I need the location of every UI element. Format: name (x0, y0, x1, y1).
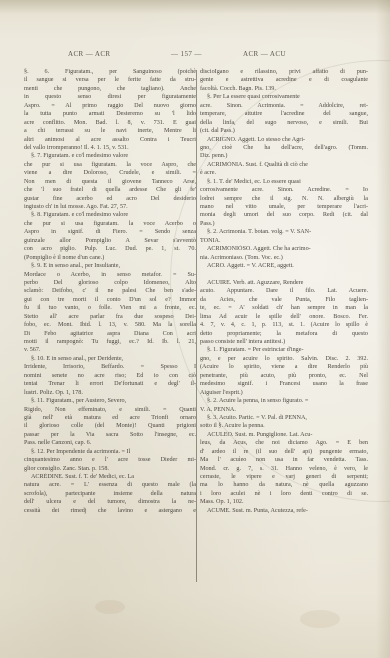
text-line: sclamò: Deifobo, c' il ne palesi Che ben… (24, 287, 196, 295)
text-line: della linfa, del sugo nervoso, e simili.… (200, 119, 368, 127)
text-line: discioIgano e rilassino, privi affatto d… (200, 68, 368, 76)
text-line: glior consiglio. Zanc. Stan. p. 158. (24, 465, 196, 473)
text-line: fu il tuo vanto, o folle. Vien mi a fron… (24, 304, 196, 312)
text-line: detto propriamente; la metafora di quest… (200, 330, 368, 338)
text-line: Stetto all' acre parlar fra due sospeso … (24, 313, 196, 321)
text-line: Non men di questa il giovene Tanneco Ars… (24, 178, 196, 186)
text-line: il sangue si versa per le ferite fatte d… (24, 76, 196, 84)
text-line: in questo senso diresi per figuratamente (24, 93, 196, 101)
text-line: Aspro. = Al primo raggio Del nuovo giorn… (24, 102, 196, 110)
right-column: discioIgano e rilassino, privi affatto d… (200, 68, 368, 515)
text-line: temperare, attutire l'acredine del sangu… (200, 110, 368, 118)
text-line: già nell' età matura ed acre Trionfi orn… (24, 414, 196, 422)
text-line: (Pompiglio è il nome d'un cane.) (24, 254, 196, 262)
text-line: ACRIMÒNIA. Sust. f. Qualità di ciò che (200, 161, 368, 169)
text-line: natura acre. = L' essenza di questo male… (24, 481, 196, 489)
text-line: ACUME. Sust. m. Punta, Acutezza, refe- (200, 507, 368, 515)
text-line: acre. Sinon. Acrimonia. = Addolcire, ret… (200, 102, 368, 110)
text-line: §. 10. E in senso anal., per Deridente, (24, 355, 196, 363)
text-line: §. 2. Acrimonia. T. botan. volg. = V. SA… (200, 228, 368, 236)
text-line: guinzale allor Pompiglio A Sevar s'avven… (24, 237, 196, 245)
text-line: motti il rampognò: Tu fuggi, ec.? Id. Ib… (24, 338, 196, 346)
running-head-right: ACR — ACU (243, 50, 286, 58)
text-line: §. 1. T. de' Medici, ec. Lo essere quasi (200, 178, 368, 186)
text-line: Rigido, Non effeminato, e simili. = Quan… (24, 406, 196, 414)
text-line: Aiguiser l'esprit.) (200, 389, 368, 397)
text-line: i loro aculei nè i loro denti contro di … (200, 490, 368, 498)
text-line: dell' ulcera e del tumore, dimostra la n… (24, 498, 196, 506)
text-line: cessità dei rimedj che lavino e astergan… (24, 507, 196, 515)
text-line: nomini senete no acre riso; Ed io con ci… (24, 372, 196, 380)
text-line: (cit. dal Pass.) (200, 127, 368, 135)
text-line: perbo Del glorioso colpo Idomeneo, Alto (24, 279, 196, 287)
foxing-spot (95, 600, 125, 614)
text-line: con acro piglio. Pulp. Luc. Dud. pe. 1, … (24, 245, 196, 253)
text-line: §. 9. E in senso anal., per Insultante, (24, 262, 196, 270)
text-line: lima Ad acuir le spille dell' onore. Bos… (200, 313, 368, 321)
text-line: passo consiste nell' intera antitesi.) (200, 338, 368, 346)
text-line: §. 12. Per Impendente da acrimonia. = Il (24, 448, 196, 456)
text-line: Ma l' acuìeo non usa in far vendetta. Ta… (200, 456, 368, 464)
text-line: è acre. (200, 169, 368, 177)
text-line: gui con tre morti il conto D'un sol e? I… (24, 296, 196, 304)
text-line: ACUIRE. Verb. att. Aguzzare, Rendere (200, 279, 368, 287)
text-line: lodrei sempre che il sig. N. N. albergiù… (200, 195, 368, 203)
text-line (200, 271, 368, 279)
text-line: nia. Acrimoniaso. (Tom. Voc. ec.) (200, 254, 368, 262)
text-line: §. 8. Figuratam. e co'l medesimo valore (24, 211, 196, 219)
text-line: V. A. PENNA. (200, 406, 368, 414)
scanned-dictionary-page: ACR — ACR — 157 — ACR — ACU §. 6. Figura… (0, 0, 390, 658)
text-line: §. Per La essere quasi corrosivamente (200, 93, 368, 101)
left-column: §. 6. Figuratam., per Sanguinoso (poichè… (24, 68, 196, 515)
text-line: v. 567. (24, 346, 196, 354)
text-line: Pass. nelle Canzoni, cap. 6. (24, 439, 196, 447)
text-line: gno, cioè Che ha dell'acre, dell'agro. (… (200, 144, 368, 152)
text-line: monia degli umori del suo corpo. Redi (c… (200, 211, 368, 219)
text-line: fobo, ec. Mont. Ibid. l. 13, v. 580. Ma … (24, 321, 196, 329)
text-line: medesimo signif. i Francesi usano la fra… (200, 380, 368, 388)
text-line: la tutta punto armati Desteremo su 'l li… (24, 110, 196, 118)
text-line: Pass.) (200, 220, 368, 228)
text-line: scrofola), partecipante insieme della na… (24, 490, 196, 498)
running-head-left: ACR — ACR (68, 50, 111, 58)
text-line: acuto. Appuntare. Dare il filo. Lat. Acu… (200, 287, 368, 295)
text-line: 4. 7, v. 4, c. 1, p. 113, st. 1. (Acuire… (200, 321, 368, 329)
text-line: che pur si usa figuratam. la voce Acerbo… (24, 220, 196, 228)
text-line: TONIA. (200, 237, 368, 245)
text-line: tentai Trenar li errori De'fortunati e d… (24, 380, 196, 388)
text-line: che 'l suo fratel di quella ardesse Che … (24, 186, 196, 194)
text-line: menti che pungono, che tagliano). Anche (24, 85, 196, 93)
running-head: ACR — ACR — 157 — ACR — ACU (25, 50, 370, 62)
text-line: ACULEO. Sust. m. Pungiglione. Lat. Acu- (200, 431, 368, 439)
text-line: ACRÈDINE. Sust. f. T. de' Medici, ec. La (24, 473, 196, 481)
text-line: Mordace o Acerbo, in senso metafor. = Su… (24, 271, 196, 279)
text-line: il glorioso colle (del Monte)! Quanti pr… (24, 422, 196, 430)
text-line: corrosivamente acre. Sinon. Acredine. = … (200, 186, 368, 194)
text-line: gno, e per acuire lo spirito. Salvin. Di… (200, 355, 368, 363)
text-line: Mond. cr. g. 7, s. 31. Hanno veleno, è v… (200, 465, 368, 473)
text-line: viene a dire Doloroso, Crudele, e simili… (24, 169, 196, 177)
text-line: sotto il §. Acuire la penna. (200, 422, 368, 430)
text-line: a chi terrassi su le navi inerte, Mentre… (24, 127, 196, 135)
text-line: Di Febo agitatrice aspra Diana Con acri (24, 330, 196, 338)
text-line: altri animosi al acre assalto Contra i T… (24, 136, 196, 144)
text-line: te, ec. = A' soldati ch' han sempre in m… (200, 304, 368, 312)
text-line: Aspro in signif. di Fiero. = Sendo senza (24, 228, 196, 236)
text-line: ACRO. Aggett. = V. ACRE, aggett. (200, 262, 368, 270)
text-line: §. 3. Acuito. Partic. = V. Pal. di PENNA… (200, 414, 368, 422)
text-line: penetrante, più acuto, più pronto, ec. N… (200, 372, 368, 380)
page-number: — 157 — (171, 50, 202, 58)
text-line: §. 7. Figuratam. e co'l medesimo valore (24, 152, 196, 160)
text-line: ACRIGNO. Aggett. Lo stesso che Agri- (200, 136, 368, 144)
text-line: §. 2. Acuire la penna, in senso figurato… (200, 397, 368, 405)
text-line: passar per la Via sacra Sotto l'insegne,… (24, 431, 196, 439)
text-line: Mass. Op. 1, 102. (200, 498, 368, 506)
text-line: del vallo irromperanno! Il. 4. 1. 15, v.… (24, 144, 196, 152)
text-line: acre conflitto. Mon. Bad. l. 8, v. 731. … (24, 119, 196, 127)
page-top-shadow (0, 0, 390, 14)
text-line: gente e astrettiva acredine e di coagula… (200, 76, 368, 84)
foxing-spot (300, 610, 340, 628)
text-line: cinquantesimo anno e l' acre tosse Diede… (24, 456, 196, 464)
text-line: §. 1. Figuratam. = Per estrinciar d'inge… (200, 346, 368, 354)
text-line: cerraste, le vipere e varj generi di ser… (200, 473, 368, 481)
text-line: §. 11. Figuratam., per Austero, Severo, (24, 397, 196, 405)
text-line: Diz. penn.) (200, 152, 368, 160)
text-line: leus, da Acus, che noi diciamo Ago. = E … (200, 439, 368, 447)
text-line: Irridente, Irrisorio, Beffardo. = Spesso… (24, 363, 196, 371)
text-line: facoltà. Cocch. Bagn. Pis. 139. (200, 85, 368, 93)
text-line: d' ardeo il re (il suo dell' api) pungen… (200, 448, 368, 456)
text-line: gustar fine acerbo ed acro Del desiderio (24, 195, 196, 203)
text-line: lustri. Poliz. Op. 1, 178. (24, 389, 196, 397)
text-line: mano nel vitto umale, per temperare l'ac… (200, 203, 368, 211)
column-rule (196, 70, 197, 582)
text-line: ingiusto ch' in lui mosse. Ago. Fat. 27,… (24, 203, 196, 211)
text-line: (Acuire lo spirito, viene a dire Renderl… (200, 363, 368, 371)
text-line: ACRIMONIÒSO. Aggett. Che ha acrimo- (200, 245, 368, 253)
text-line: che pur si usa figuratam. la voce Aspro,… (24, 161, 196, 169)
text-line: §. 6. Figuratam., per Sanguinoso (poichè (24, 68, 196, 76)
text-line: ma lo hanno da natura, nè quella aguzzan… (200, 481, 368, 489)
text-line: da Acies, che vale Punta, Filo taglien- (200, 296, 368, 304)
